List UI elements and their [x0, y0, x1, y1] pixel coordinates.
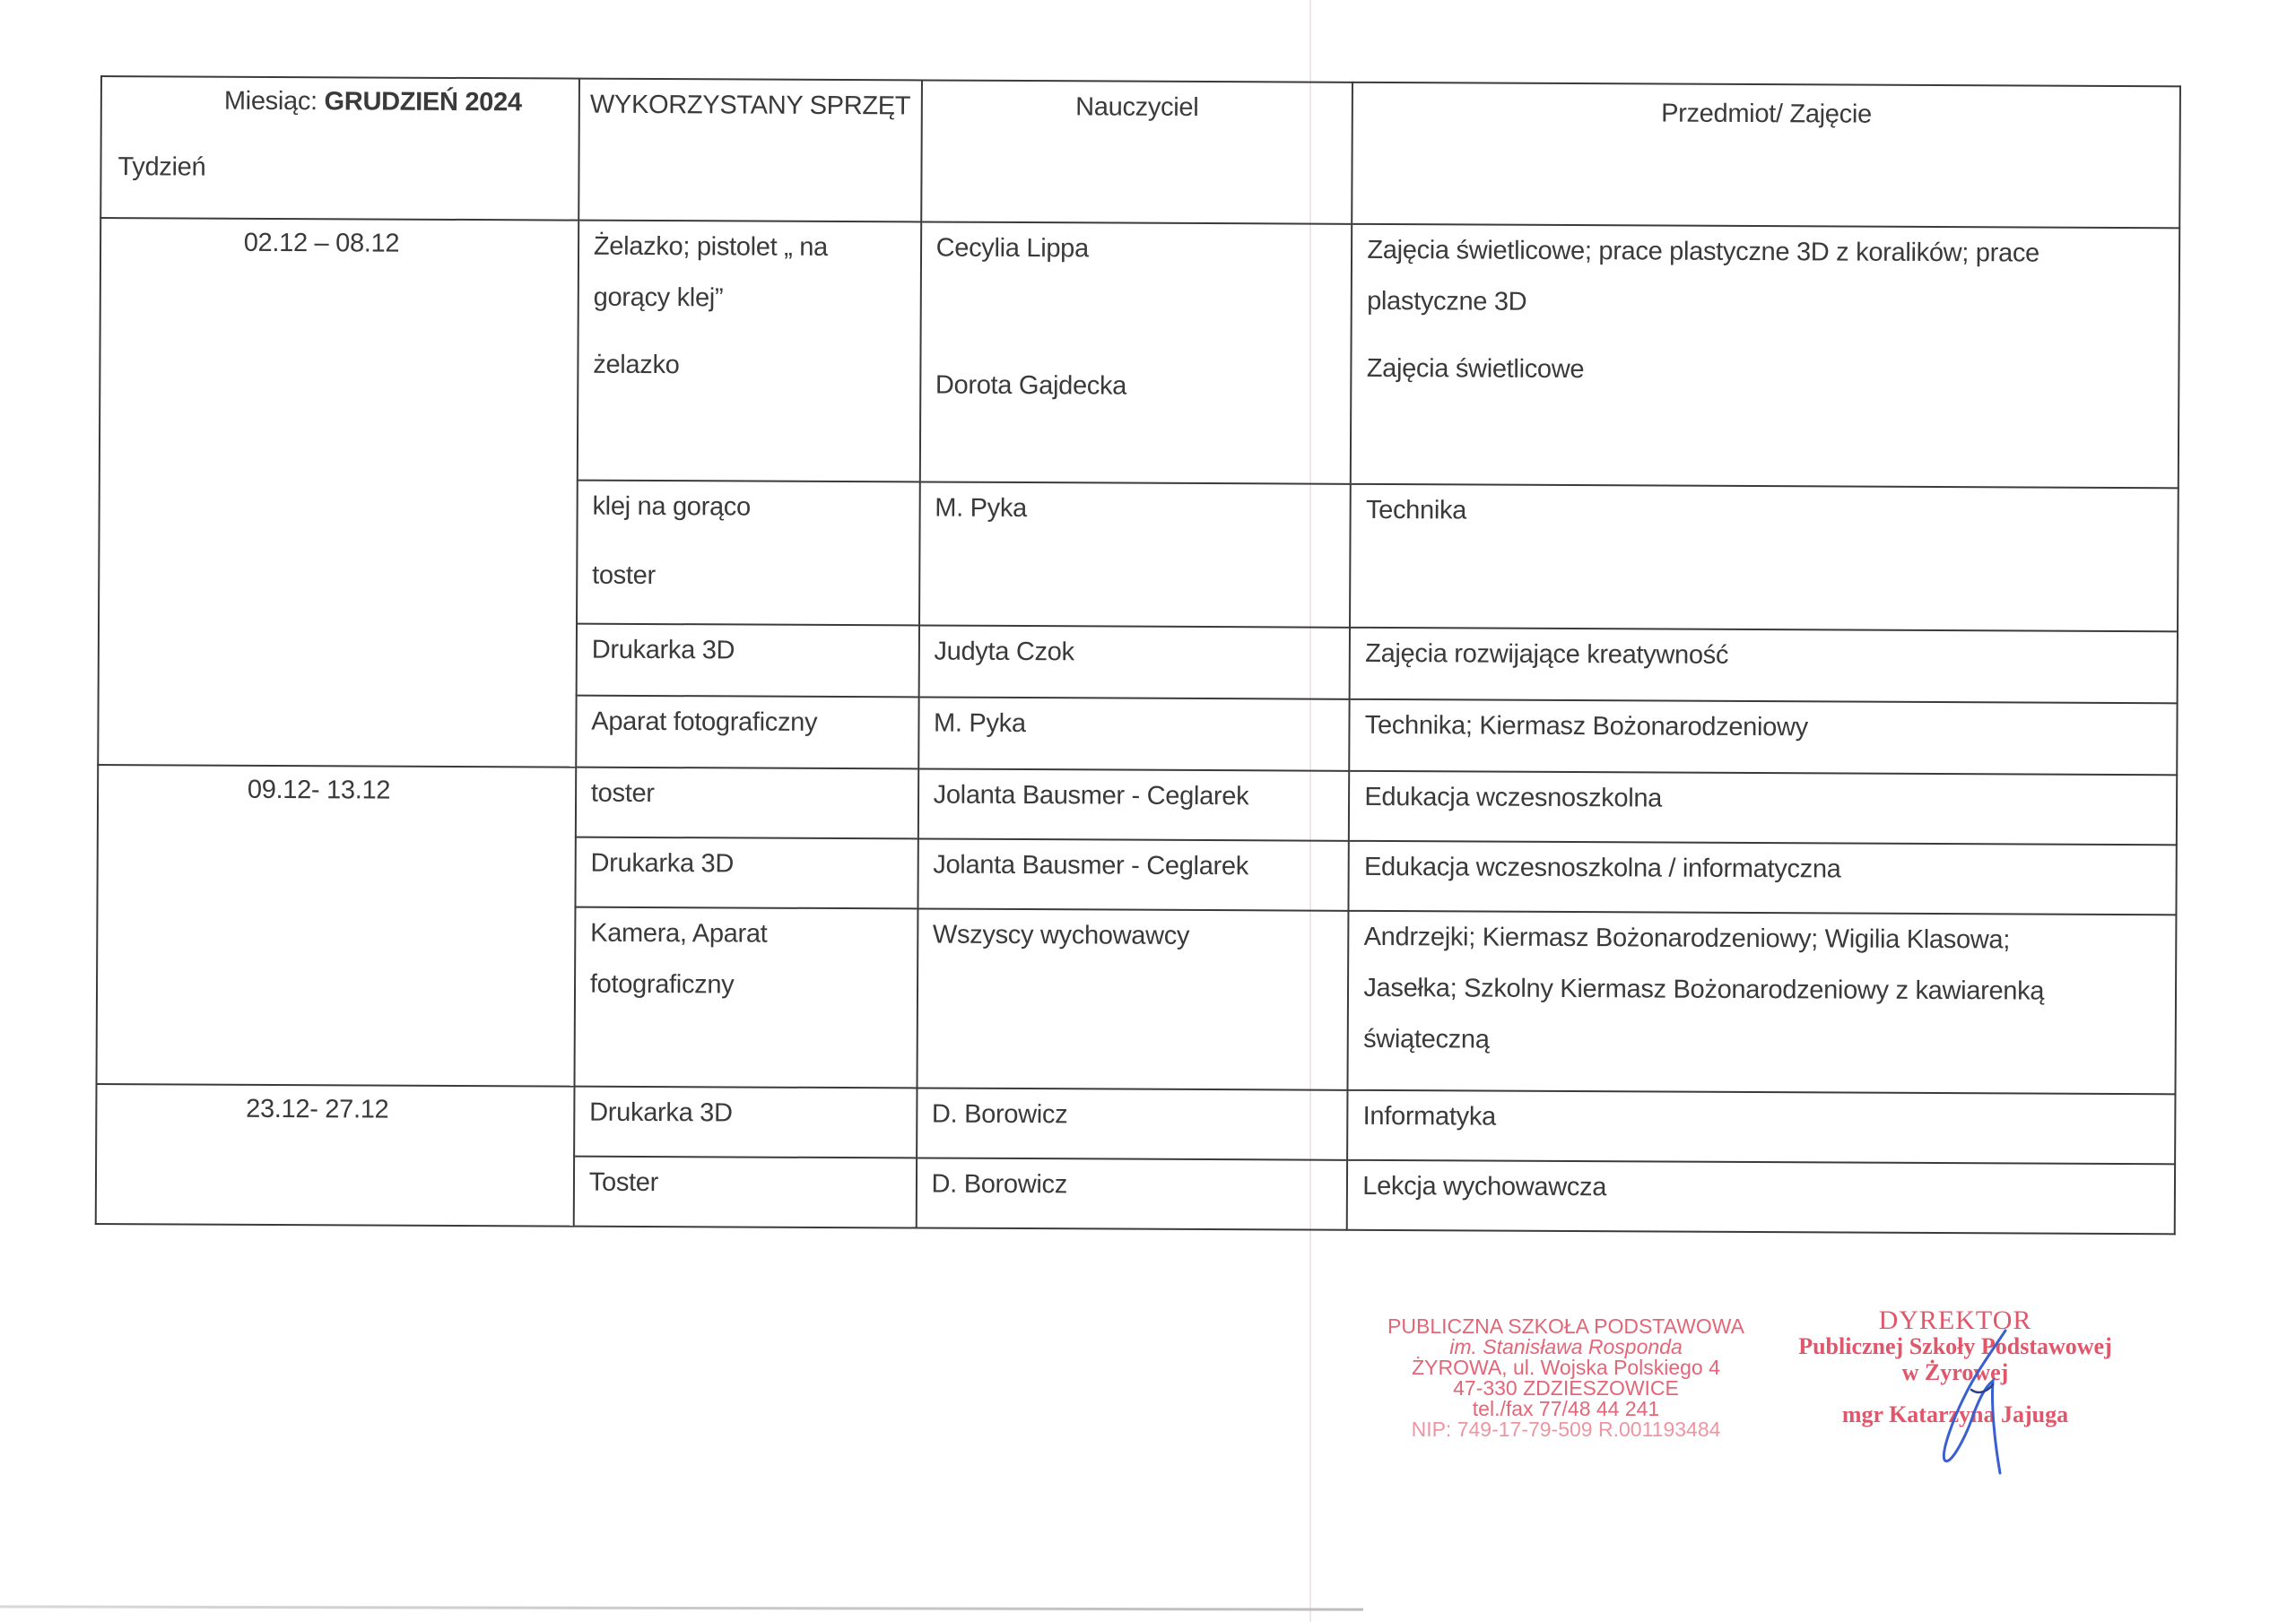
subject-text: świąteczną — [1363, 1027, 2161, 1056]
equipment-column-header: WYKORZYSTANY SPRZĘT — [580, 80, 921, 120]
month-heading: Miesiąc: GRUDZIEŃ 2024 — [224, 89, 522, 117]
teacher-name: Jolanta Bausmer - Ceglarek — [934, 783, 1335, 811]
teacher-column-header: Nauczyciel — [922, 81, 1352, 121]
week-cell: 02.12 – 08.12 — [98, 218, 578, 768]
table-row: 02.12 – 08.12 Żelazko; pistolet „ na gor… — [100, 218, 2179, 488]
teacher-name: D. Borowicz — [932, 1102, 1333, 1130]
equipment-cell: Drukarka 3D — [575, 837, 918, 909]
equipment-cell: Żelazko; pistolet „ na gorący klej” żela… — [578, 221, 921, 482]
equipment-item: toster — [591, 781, 903, 809]
subject-cell: Technika — [1350, 484, 2178, 632]
equipment-cell: Drukarka 3D — [574, 1087, 917, 1158]
teacher-cell: D. Borowicz — [916, 1158, 1347, 1229]
subject-text: Zajęcia świetlicowe — [1367, 356, 2164, 386]
subject-text: Lekcja wychowawcza — [1362, 1174, 2160, 1203]
teacher-name: M. Pyka — [935, 496, 1335, 524]
equipment-item: Drukarka 3D — [590, 851, 902, 879]
subject-cell: Edukacja wczesnoszkolna / informatyczna — [1349, 841, 2177, 915]
subject-cell: Zajęcia rozwijające kreatywność — [1350, 628, 2178, 704]
subject-cell: Informatyka — [1347, 1090, 2175, 1165]
school-stamp: PUBLICZNA SZKOŁA PODSTAWOWA im. Stanisła… — [1387, 1316, 1745, 1440]
subject-text: Zajęcia rozwijające kreatywność — [1365, 641, 2162, 671]
subject-cell: Andrzejki; Kiermasz Bożonarodzeniowy; Wi… — [1348, 911, 2177, 1095]
subject-text: Technika — [1366, 498, 2163, 527]
equipment-item: Drukarka 3D — [592, 638, 904, 665]
subject-text: Andrzejki; Kiermasz Bożonarodzeniowy; Wi… — [1364, 924, 2161, 954]
subject-text: Technika; Kiermasz Bożonarodzeniowy — [1365, 713, 2162, 742]
equipment-cell: toster — [576, 768, 918, 839]
stamp-line-nip: NIP: 749-17-79-509 R.001193484 — [1387, 1419, 1745, 1440]
equipment-usage-table: Miesiąc: GRUDZIEŃ 2024 Tydzień WYKORZYST… — [95, 75, 2181, 1235]
subject-column-header: Przedmiot/ Zajęcie — [1353, 83, 2179, 129]
week-range: 09.12- 13.12 — [99, 766, 575, 805]
teacher-name: M. Pyka — [934, 711, 1335, 739]
subject-text: Informatyka — [1363, 1104, 2161, 1133]
week-cell: 23.12- 27.12 — [96, 1084, 575, 1227]
equipment-item: Aparat fotograficzny — [591, 709, 903, 737]
subject-cell: Technika; Kiermasz Bożonarodzeniowy — [1350, 699, 2178, 776]
equipment-cell: klej na gorąco toster — [577, 481, 920, 626]
week-column-header: Tydzień — [117, 154, 205, 180]
equipment-item: gorący klej” — [594, 285, 906, 313]
stamp-line-patron: im. Stanisława Rosponda — [1387, 1337, 1745, 1357]
teacher-name: Cecylia Lippa — [936, 236, 1337, 264]
teacher-cell: M. Pyka — [919, 481, 1352, 627]
subject-text: Zajęcia świetlicowe; prace plastyczne 3D… — [1367, 238, 2164, 267]
month-value: GRUDZIEŃ 2024 — [325, 87, 522, 117]
teacher-cell: Wszyscy wychowawcy — [917, 908, 1349, 1089]
subject-cell: Edukacja wczesnoszkolna — [1349, 771, 2177, 846]
table-row: 09.12- 13.12 toster Jolanta Bausmer - Ce… — [98, 765, 2177, 845]
scan-page-edge — [0, 1605, 1363, 1610]
equipment-item: żelazko — [593, 352, 905, 380]
teacher-name: Wszyscy wychowawcy — [933, 923, 1334, 950]
table-header-row: Miesiąc: GRUDZIEŃ 2024 Tydzień WYKORZYST… — [100, 76, 2180, 228]
equipment-item: Żelazko; pistolet „ na — [594, 234, 906, 262]
subject-text: Edukacja wczesnoszkolna / informatyczna — [1364, 854, 2161, 884]
equipment-item: Toster — [589, 1170, 901, 1198]
subject-column-header-cell: Przedmiot/ Zajęcie — [1352, 82, 2180, 229]
teacher-cell: Cecylia Lippa Dorota Gajdecka — [919, 221, 1352, 483]
teacher-name: Judyta Czok — [934, 639, 1335, 667]
teacher-cell: Jolanta Bausmer - Ceglarek — [918, 768, 1349, 840]
subject-text: plastyczne 3D — [1367, 289, 2164, 318]
subject-text: Jasełka; Szkolny Kiermasz Bożonarodzenio… — [1363, 976, 2161, 1005]
teacher-name: D. Borowicz — [932, 1172, 1333, 1200]
teacher-name: Dorota Gajdecka — [935, 373, 1336, 401]
subject-cell: Zajęcia świetlicowe; prace plastyczne 3D… — [1351, 224, 2179, 489]
stamp-line-phone: tel./fax 77/48 44 241 — [1387, 1399, 1745, 1419]
signature-icon — [1928, 1325, 2027, 1478]
stamp-line-city: 47-330 ZDZIESZOWICE — [1387, 1378, 1745, 1399]
equipment-cell: Kamera, Aparat fotograficzny — [574, 907, 918, 1089]
equipment-item: Drukarka 3D — [589, 1100, 901, 1128]
teacher-cell: M. Pyka — [918, 697, 1350, 770]
equipment-item: fotograficzny — [590, 972, 902, 1000]
teacher-cell: Jolanta Bausmer - Ceglarek — [918, 838, 1349, 910]
week-range: 02.12 – 08.12 — [101, 219, 578, 258]
table-row: 23.12- 27.12 Drukarka 3D D. Borowicz Inf… — [96, 1084, 2175, 1164]
month-label: Miesiąc: — [224, 87, 317, 117]
equipment-cell: Aparat fotograficzny — [576, 696, 918, 769]
teacher-name: Jolanta Bausmer - Ceglarek — [933, 853, 1334, 880]
stamp-line-school-name: PUBLICZNA SZKOŁA PODSTAWOWA — [1387, 1316, 1745, 1337]
equipment-item: toster — [592, 563, 904, 591]
week-range: 23.12- 27.12 — [97, 1085, 573, 1124]
equipment-cell: Drukarka 3D — [576, 624, 918, 698]
equipment-cell: Toster — [574, 1157, 917, 1228]
header-month-week-cell: Miesiąc: GRUDZIEŃ 2024 Tydzień — [100, 76, 579, 221]
equipment-item: Kamera, Aparat — [590, 921, 902, 949]
teacher-column-header-cell: Nauczyciel — [921, 80, 1353, 223]
equipment-column-header-cell: WYKORZYSTANY SPRZĘT — [578, 79, 922, 222]
equipment-item: klej na gorąco — [592, 494, 904, 522]
teacher-cell: D. Borowicz — [917, 1088, 1348, 1159]
teacher-cell: Judyta Czok — [918, 625, 1350, 698]
subject-text: Edukacja wczesnoszkolna — [1364, 785, 2161, 814]
stamp-line-address: ŻYROWA, ul. Wojska Polskiego 4 — [1387, 1357, 1745, 1378]
subject-cell: Lekcja wychowawcza — [1347, 1160, 2175, 1235]
week-cell: 09.12- 13.12 — [97, 765, 577, 1087]
